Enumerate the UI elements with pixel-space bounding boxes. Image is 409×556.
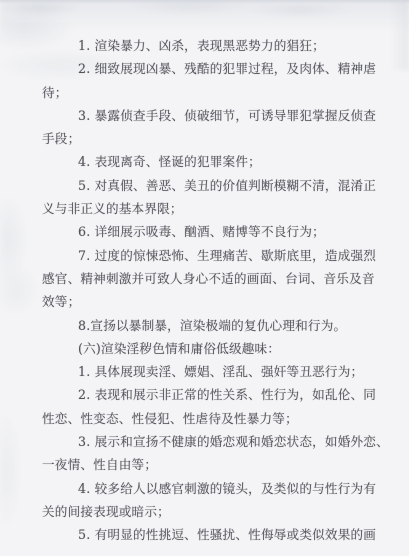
text-line: 7. 过度的惊悚恐怖、生理痛苦、歇斯底里，造成强烈 (42, 244, 372, 267)
text-line: 义与非正义的基本界限； (42, 197, 372, 220)
scan-smudge-top-edge (0, 0, 409, 4)
text-line: 2. 表现和展示非正常的性关系、性行为，如乱伦、同 (42, 383, 372, 406)
text-line: 待； (42, 81, 372, 104)
text-line: 4. 较多给人以感官刺激的镜头，及类似的与性行为有 (42, 477, 372, 500)
text-line: 1. 具体展现卖淫、嫖娼、淫乱、强奸等丑恶行为； (42, 360, 372, 383)
text-line: 6. 详细展示吸毒、酗酒、赌博等不良行为； (42, 220, 372, 243)
document-body: 1. 渲染暴力、凶杀，表现黑恶势力的猖狂；2. 细致展现凶暴、残酷的犯罪过程，及… (42, 34, 372, 547)
text-line: 一夜情、性自由等； (42, 453, 372, 476)
scan-smudge-left-lower (0, 390, 36, 550)
text-line: 2. 细致展现凶暴、残酷的犯罪过程，及肉体、精神虐 (42, 57, 372, 80)
text-line: 关的间接表现或暗示； (42, 500, 372, 523)
scanned-document-page: 1. 渲染暴力、凶杀，表现黑恶势力的猖狂；2. 细致展现凶暴、残酷的犯罪过程，及… (0, 0, 409, 556)
text-line: 5. 对真假、善恶、美丑的价值判断模糊不清，混淆正 (42, 174, 372, 197)
text-line: 感官、精神刺激并可致人身心不适的画面、台词、音乐及音 (42, 267, 372, 290)
scan-smudge-left-middle (0, 180, 46, 320)
text-line: 手段； (42, 127, 372, 150)
text-line: 3. 展示和宣扬不健康的婚恋观和婚恋状态，如婚外恋、 (42, 430, 372, 453)
text-line: 效等； (42, 290, 372, 313)
text-line: 5. 有明显的性挑逗、性骚扰、性侮辱或类似效果的画 (42, 523, 372, 546)
text-line: (六)渲染淫秽色情和庸俗低级趣味： (42, 337, 372, 360)
scan-smudge-top-band (0, 0, 409, 30)
text-line: 8.宣扬以暴制暴，渲染极端的复仇心理和行为。 (42, 314, 372, 337)
scan-smudge-right-top (391, 0, 409, 70)
text-line: 4. 表现离奇、怪诞的犯罪案件； (42, 150, 372, 173)
text-line: 性恋、性变态、性侵犯、性虐待及性暴力等； (42, 407, 372, 430)
text-line: 3. 暴露侦查手段、侦破细节，可诱导罪犯掌握反侦查 (42, 104, 372, 127)
text-line: 1. 渲染暴力、凶杀，表现黑恶势力的猖狂； (42, 34, 372, 57)
